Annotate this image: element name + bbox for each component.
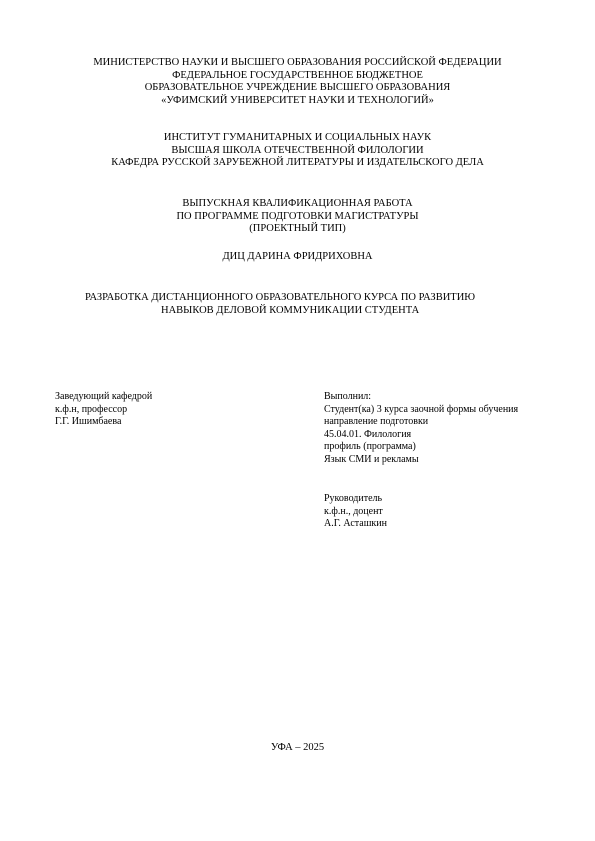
supervisor-block: Руководитель к.ф.н., доцент А.Г. Асташки… — [324, 493, 387, 531]
institute-line: ВЫСШАЯ ШКОЛА ОТЕЧЕСТВЕННОЙ ФИЛОЛОГИИ — [0, 145, 595, 158]
work-type-block: ВЫПУСКНАЯ КВАЛИФИКАЦИОННАЯ РАБОТА ПО ПРО… — [0, 198, 595, 236]
header-line: ФЕДЕРАЛЬНОЕ ГОСУДАРСТВЕННОЕ БЮДЖЕТНОЕ — [0, 70, 595, 83]
topic-line: НАВЫКОВ ДЕЛОВОЙ КОММУНИКАЦИИ СТУДЕНТА — [85, 305, 565, 318]
author-name: ДИЦ ДАРИНА ФРИДРИХОВНА — [0, 251, 595, 264]
performer-line: Язык СМИ и рекламы — [324, 454, 518, 467]
city-year-footer: УФА – 2025 — [0, 742, 595, 755]
performer-block: Выполнил: Студент(ка) 3 курса заочной фо… — [324, 391, 518, 466]
footer-text: УФА – 2025 — [0, 742, 595, 755]
head-line: к.ф.н, профессор — [55, 404, 152, 417]
thesis-topic: РАЗРАБОТКА ДИСТАНЦИОННОГО ОБРАЗОВАТЕЛЬНО… — [85, 292, 565, 317]
work-type-line: ВЫПУСКНАЯ КВАЛИФИКАЦИОННАЯ РАБОТА — [0, 198, 595, 211]
author-name-text: ДИЦ ДАРИНА ФРИДРИХОВНА — [0, 251, 595, 264]
institute-line: КАФЕДРА РУССКОЙ ЗАРУБЕЖНОЙ ЛИТЕРАТУРЫ И … — [0, 157, 595, 170]
header-line: «УФИМСКИЙ УНИВЕРСИТЕТ НАУКИ И ТЕХНОЛОГИЙ… — [0, 95, 595, 108]
ministry-header: МИНИСТЕРСТВО НАУКИ И ВЫСШЕГО ОБРАЗОВАНИЯ… — [0, 57, 595, 107]
supervisor-line: Руководитель — [324, 493, 387, 506]
performer-line: Выполнил: — [324, 391, 518, 404]
header-line: ОБРАЗОВАТЕЛЬНОЕ УЧРЕЖДЕНИЕ ВЫСШЕГО ОБРАЗ… — [0, 82, 595, 95]
head-line: Заведующий кафедрой — [55, 391, 152, 404]
header-line: МИНИСТЕРСТВО НАУКИ И ВЫСШЕГО ОБРАЗОВАНИЯ… — [0, 57, 595, 70]
performer-line: направление подготовки — [324, 416, 518, 429]
work-type-line: ПО ПРОГРАММЕ ПОДГОТОВКИ МАГИСТРАТУРЫ — [0, 211, 595, 224]
head-of-department-block: Заведующий кафедрой к.ф.н, профессор Г.Г… — [55, 391, 152, 429]
supervisor-line: А.Г. Асташкин — [324, 518, 387, 531]
institute-block: ИНСТИТУТ ГУМАНИТАРНЫХ И СОЦИАЛЬНЫХ НАУК … — [0, 132, 595, 170]
supervisor-line: к.ф.н., доцент — [324, 506, 387, 519]
work-type-line: (ПРОЕКТНЫЙ ТИП) — [0, 223, 595, 236]
topic-line: РАЗРАБОТКА ДИСТАНЦИОННОГО ОБРАЗОВАТЕЛЬНО… — [85, 292, 565, 305]
performer-line: профиль (программа) — [324, 441, 518, 454]
institute-line: ИНСТИТУТ ГУМАНИТАРНЫХ И СОЦИАЛЬНЫХ НАУК — [0, 132, 595, 145]
head-line: Г.Г. Ишимбаева — [55, 416, 152, 429]
performer-line: 45.04.01. Филология — [324, 429, 518, 442]
performer-line: Студент(ка) 3 курса заочной формы обучен… — [324, 404, 518, 417]
